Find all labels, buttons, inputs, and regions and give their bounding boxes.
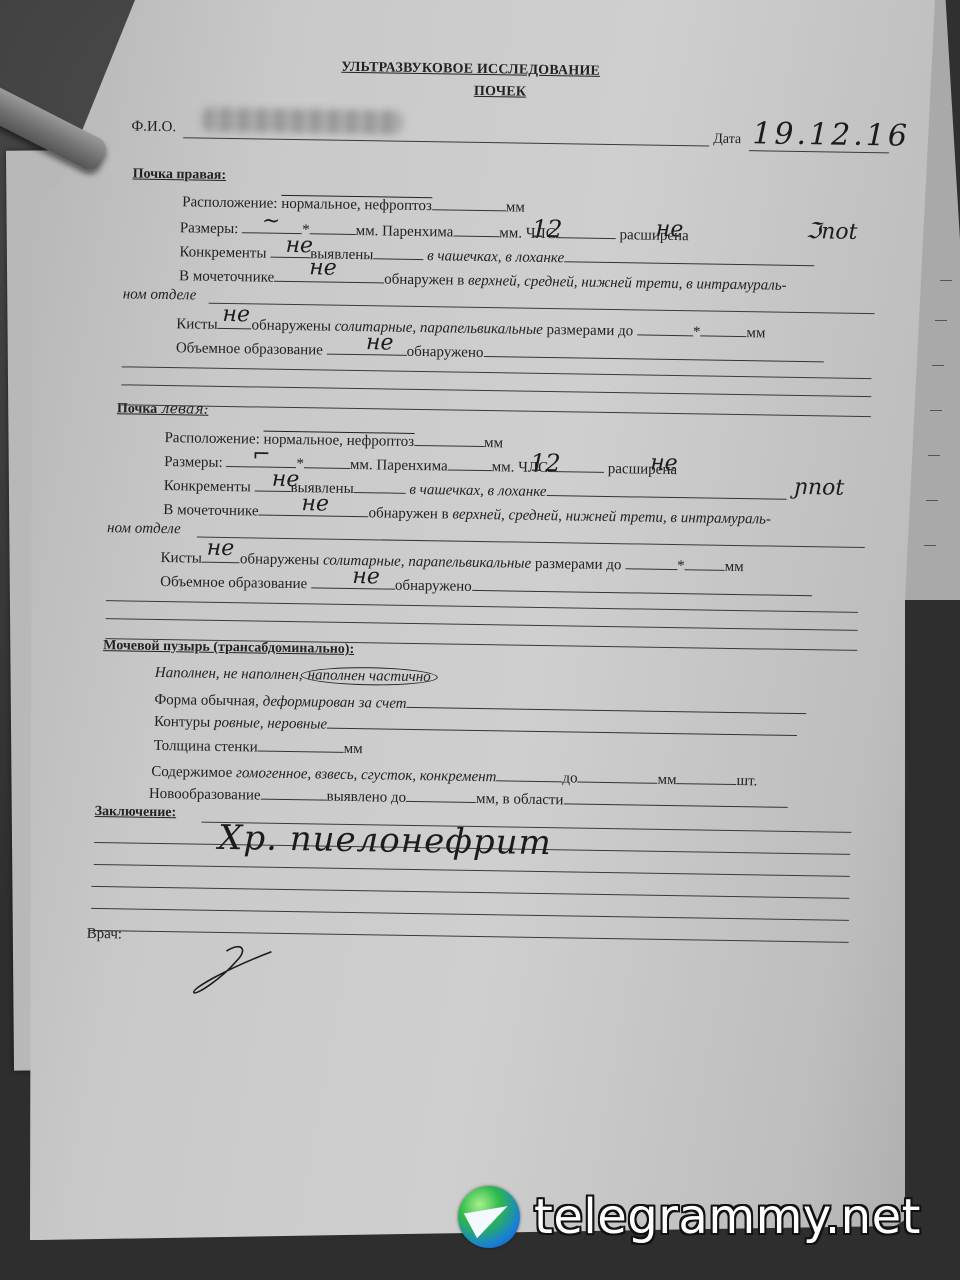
rk-chls-value: не (656, 217, 684, 242)
rk-size-row: Размеры: *мм. Паренхимамм. ЧЛС расширена (180, 217, 689, 245)
rk-ureter-value: не (309, 255, 337, 280)
lk-stones-value: не (272, 467, 300, 492)
ultrasound-form-sheet: УЛЬТРАЗВУКОВОЕ ИССЛЕДОВАНИЕ ПОЧЕК Ф.И.О.… (0, 0, 960, 1280)
rk-ureter-row: В мочеточникеобнаружен в верхней, средне… (179, 265, 787, 295)
lk-chls-value: не (650, 451, 678, 476)
rk-position-options: нормальное, нефроптоз (281, 195, 432, 214)
lk-ureter-row-2: ном отделе (107, 520, 181, 538)
rk-cysts-value: не (222, 302, 250, 327)
bladder-fill-row: Наполнен, не наполнен,наполнен частично (155, 665, 438, 686)
date-value: 19.12.16 (752, 116, 910, 153)
conclusion-label: Заключение: (94, 804, 176, 821)
lk-ureter-row: В мочеточникеобнаружен в верхней, средне… (163, 499, 771, 529)
lk-position-row: Расположение: нормальное, нефроптозмм (164, 427, 503, 452)
doctor-label: Врач: (87, 926, 123, 944)
fio-label: Ф.И.О. (131, 118, 176, 136)
doctor-signature (186, 940, 277, 1001)
telegram-globe-icon (458, 1186, 520, 1248)
conclusion-value: Хр. пиелонефрит (218, 818, 552, 863)
lk-dilated-note: ɲnot (794, 475, 845, 501)
rk-position-row: Расположение: нормальное, нефроптозмм (182, 191, 525, 216)
bladder-fill-selected: наполнен частично (300, 666, 437, 686)
date-label: Дата (713, 132, 741, 148)
left-kidney-heading: Почка левая: (117, 400, 209, 418)
rk-mass-value: не (366, 330, 394, 355)
watermark-text: telegrammy.net (534, 1189, 921, 1245)
lk-size-row: Размеры: *мм. Паренхимамм. ЧЛС расширена (164, 451, 677, 479)
bladder-heading: Мочевой пузырь (трансабдоминально): (103, 638, 354, 658)
form-subtitle: ПОЧЕК (474, 84, 526, 101)
right-kidney-heading: Почка правая: (133, 166, 227, 183)
watermark: telegrammy.net (458, 1186, 921, 1248)
lk-mass-value: не (352, 564, 380, 589)
lk-cysts-value: не (207, 536, 235, 561)
rk-size-handwriting: ~ (262, 209, 281, 234)
rk-dilated-note: ℑnot (806, 219, 858, 245)
lk-position-options: нормальное, нефроптоз (263, 431, 414, 450)
form-title: УЛЬТРАЗВУКОВОЕ ИССЛЕДОВАНИЕ (341, 60, 600, 80)
lk-size-handwriting: ⌐ (252, 442, 271, 467)
lk-ureter-value: не (301, 491, 329, 516)
lk-parenchyma-value: 12 (530, 449, 561, 477)
rk-parenchyma-value: 12 (532, 215, 563, 243)
bladder-wall-row: Толщина стенкимм (154, 735, 363, 758)
rk-ureter-row-2: ном отделе (123, 286, 197, 304)
fio-redacted-value (202, 108, 402, 135)
